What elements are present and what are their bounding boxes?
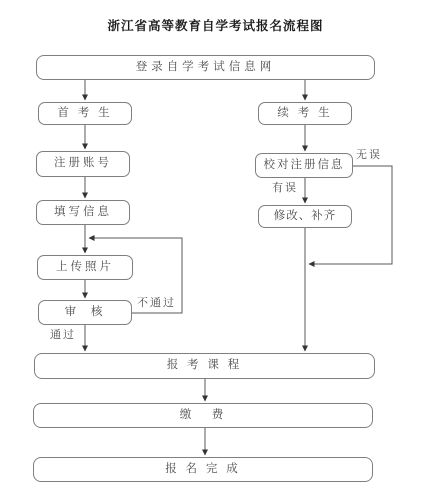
node-review: 审 核 [38,300,132,325]
node-register-courses: 报 考 课 程 [34,353,375,379]
edge-label-pass: 通过 [50,329,76,342]
node-upload-photo: 上传照片 [37,255,133,280]
edge-label-not-pass: 不通过 [137,297,176,310]
node-fill-info: 填写信息 [36,200,130,225]
node-register-account: 注册账号 [36,151,130,177]
node-verify-registration-info: 校对注册信息 [255,153,353,178]
edge-label-has-error: 有误 [272,182,298,195]
node-login: 登录自学考试信息网 [36,55,375,80]
edge-label-no-error: 无误 [356,149,382,162]
node-registration-complete: 报 名 完 成 [33,457,373,482]
node-returning-examinee: 续 考 生 [258,102,352,125]
flowchart-canvas: 浙江省高等教育自学考试报名流程图 登录自学考试信息网 首 考 生 注册账号 填写 [0,0,431,500]
node-first-time-examinee: 首 考 生 [38,102,132,125]
node-modify-complete: 修改、补齐 [258,205,352,228]
node-pay-fee: 缴 费 [33,403,373,428]
